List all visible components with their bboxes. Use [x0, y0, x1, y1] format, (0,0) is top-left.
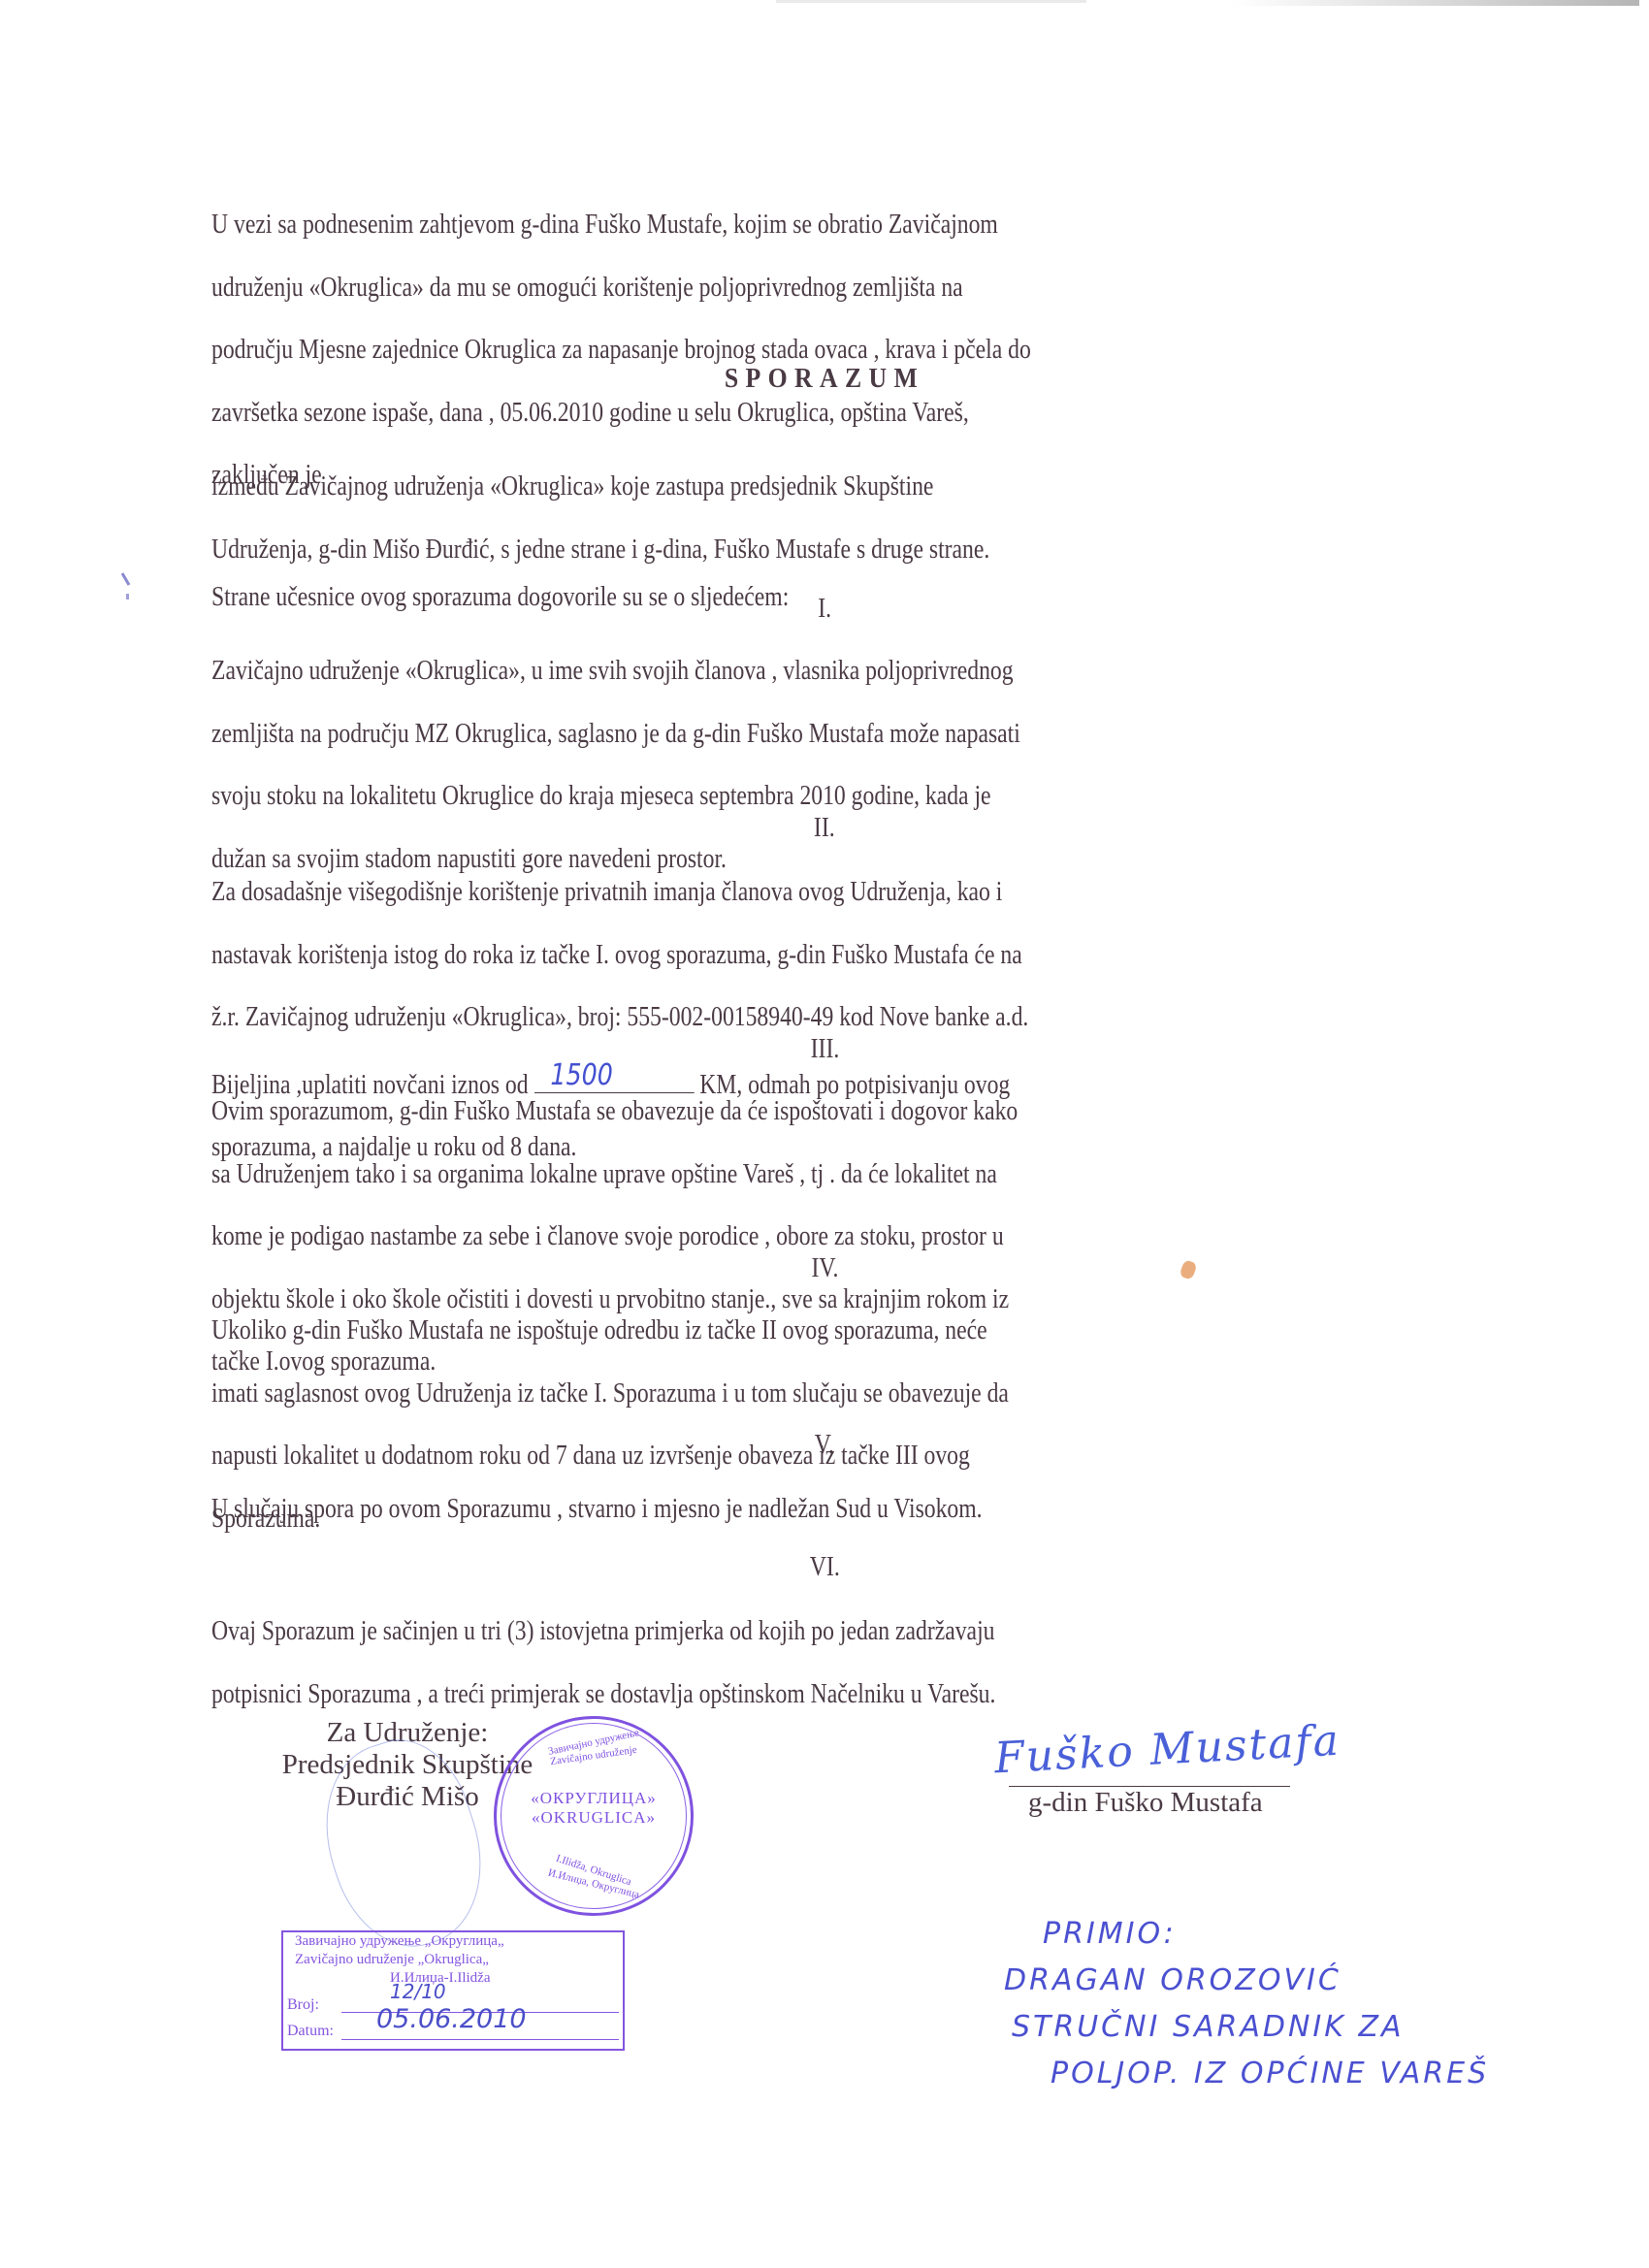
section-line: U slučaju spora po ovom Sporazumu , stva… [211, 1492, 1400, 1528]
stamp-center-text: «OKRUGLICA» [497, 1808, 691, 1828]
section-number-6: VI. [0, 1552, 1649, 1583]
section-line: potpisnici Sporazuma , a treći primjerak… [211, 1677, 1400, 1713]
section-line: Ovaj Sporazum je sačinjen u tri (3) isto… [211, 1614, 1400, 1650]
datum-line [341, 2039, 619, 2040]
section-number-text: II. [814, 813, 835, 844]
section-line: ž.r. Zavičajnog udruženju «Okruglica», b… [211, 1000, 1400, 1036]
section-line: Za dosadašnje višegodišnje korištenje pr… [211, 875, 1400, 911]
scan-edge-shadow [776, 0, 1086, 3]
registry-stamp-line: Завичајно удружење „Округлица„ [283, 1932, 623, 1951]
section-line: nastavak korištenja istog do roka iz tač… [211, 938, 1400, 974]
received-note-line: STRUČNI SARADNIK ZA [1004, 2004, 1489, 2051]
section-line: sa Udruženjem tako i sa organima lokalne… [211, 1157, 1400, 1193]
section-number-1: I. [0, 594, 1649, 625]
section-number-5: V. [0, 1430, 1649, 1461]
intro-line: završetka sezone ispaše, dana , 05.06.20… [211, 396, 1400, 432]
section-number-3: III. [0, 1034, 1649, 1065]
signature-name-mustafa: g-din Fuško Mustafa [1028, 1787, 1263, 1819]
section-number-4: IV. [0, 1253, 1649, 1284]
section-line: Ovim sporazumom, g-din Fuško Mustafa se … [211, 1094, 1400, 1130]
received-note-line: PRIMIO: [1004, 1911, 1489, 1958]
broj-label: Broj: [287, 1995, 319, 2014]
datum-value: 05.06.2010 [376, 2010, 527, 2028]
stamp-arc-text: Zavičajno udruženje [497, 1736, 691, 1775]
stamp-arc-text: И.Илиџа, Округлица [499, 1855, 690, 1913]
section-line: Zavičajno udruženje «Okruglica», u ime s… [211, 654, 1400, 690]
round-stamp: Завичајно удружење Zavičajno udruženje «… [494, 1716, 694, 1916]
section-line: imati saglasnost ovog Udruženja iz tačke… [211, 1377, 1400, 1412]
broj-value: 12/10 [390, 1983, 446, 2001]
section-number-text: I. [818, 594, 831, 625]
registry-stamp-line: Zavičajno udruženje „Okruglica„ [283, 1951, 623, 1969]
stamp-center-text: «ОКРУГЛИЦА» [497, 1789, 691, 1808]
datum-label: Datum: [287, 2022, 334, 2040]
section-line: svoju stoku na lokalitetu Okruglice do k… [211, 779, 1400, 815]
intro-line: U vezi sa podnesenim zahtjevom g-dina Fu… [211, 208, 1400, 243]
section-5: U slučaju spora po ovom Sporazumu , stva… [211, 1465, 1618, 1555]
section-number-text: V. [815, 1430, 834, 1461]
ink-mark [121, 572, 131, 586]
section-number-text: VI. [809, 1552, 839, 1583]
registry-stamp-line: И.Илиџа-I.Ilidža [283, 1969, 623, 1988]
registry-stamp: Завичајно удружење „Округлица„ Zavičajno… [281, 1930, 625, 2051]
document-title: SPORAZUM [66, 364, 1583, 395]
section-number-2: II. [0, 813, 1649, 844]
received-note: PRIMIO: DRAGAN OROZOVIĆ STRUČNI SARADNIK… [1004, 1911, 1489, 2097]
received-note-line: POLJOP. IZ OPĆINE VAREŠ [1004, 2051, 1489, 2097]
intro-line: udruženju «Okruglica» da mu se omogući k… [211, 271, 1400, 307]
section-line: kome je podigao nastambe za sebe i člano… [211, 1219, 1400, 1255]
section-line: Ukoliko g-din Fuško Mustafa ne ispoštuje… [211, 1313, 1400, 1349]
section-number-text: IV. [811, 1253, 838, 1284]
received-note-line: DRAGAN OROZOVIĆ [1004, 1958, 1489, 2004]
scan-edge-shadow [1232, 0, 1639, 6]
section-line: zemljišta na području MZ Okruglica, sagl… [211, 717, 1400, 753]
section-number-text: III. [810, 1034, 839, 1065]
parties-line: između Zavičajnog udruženja «Okruglica» … [211, 470, 1400, 505]
